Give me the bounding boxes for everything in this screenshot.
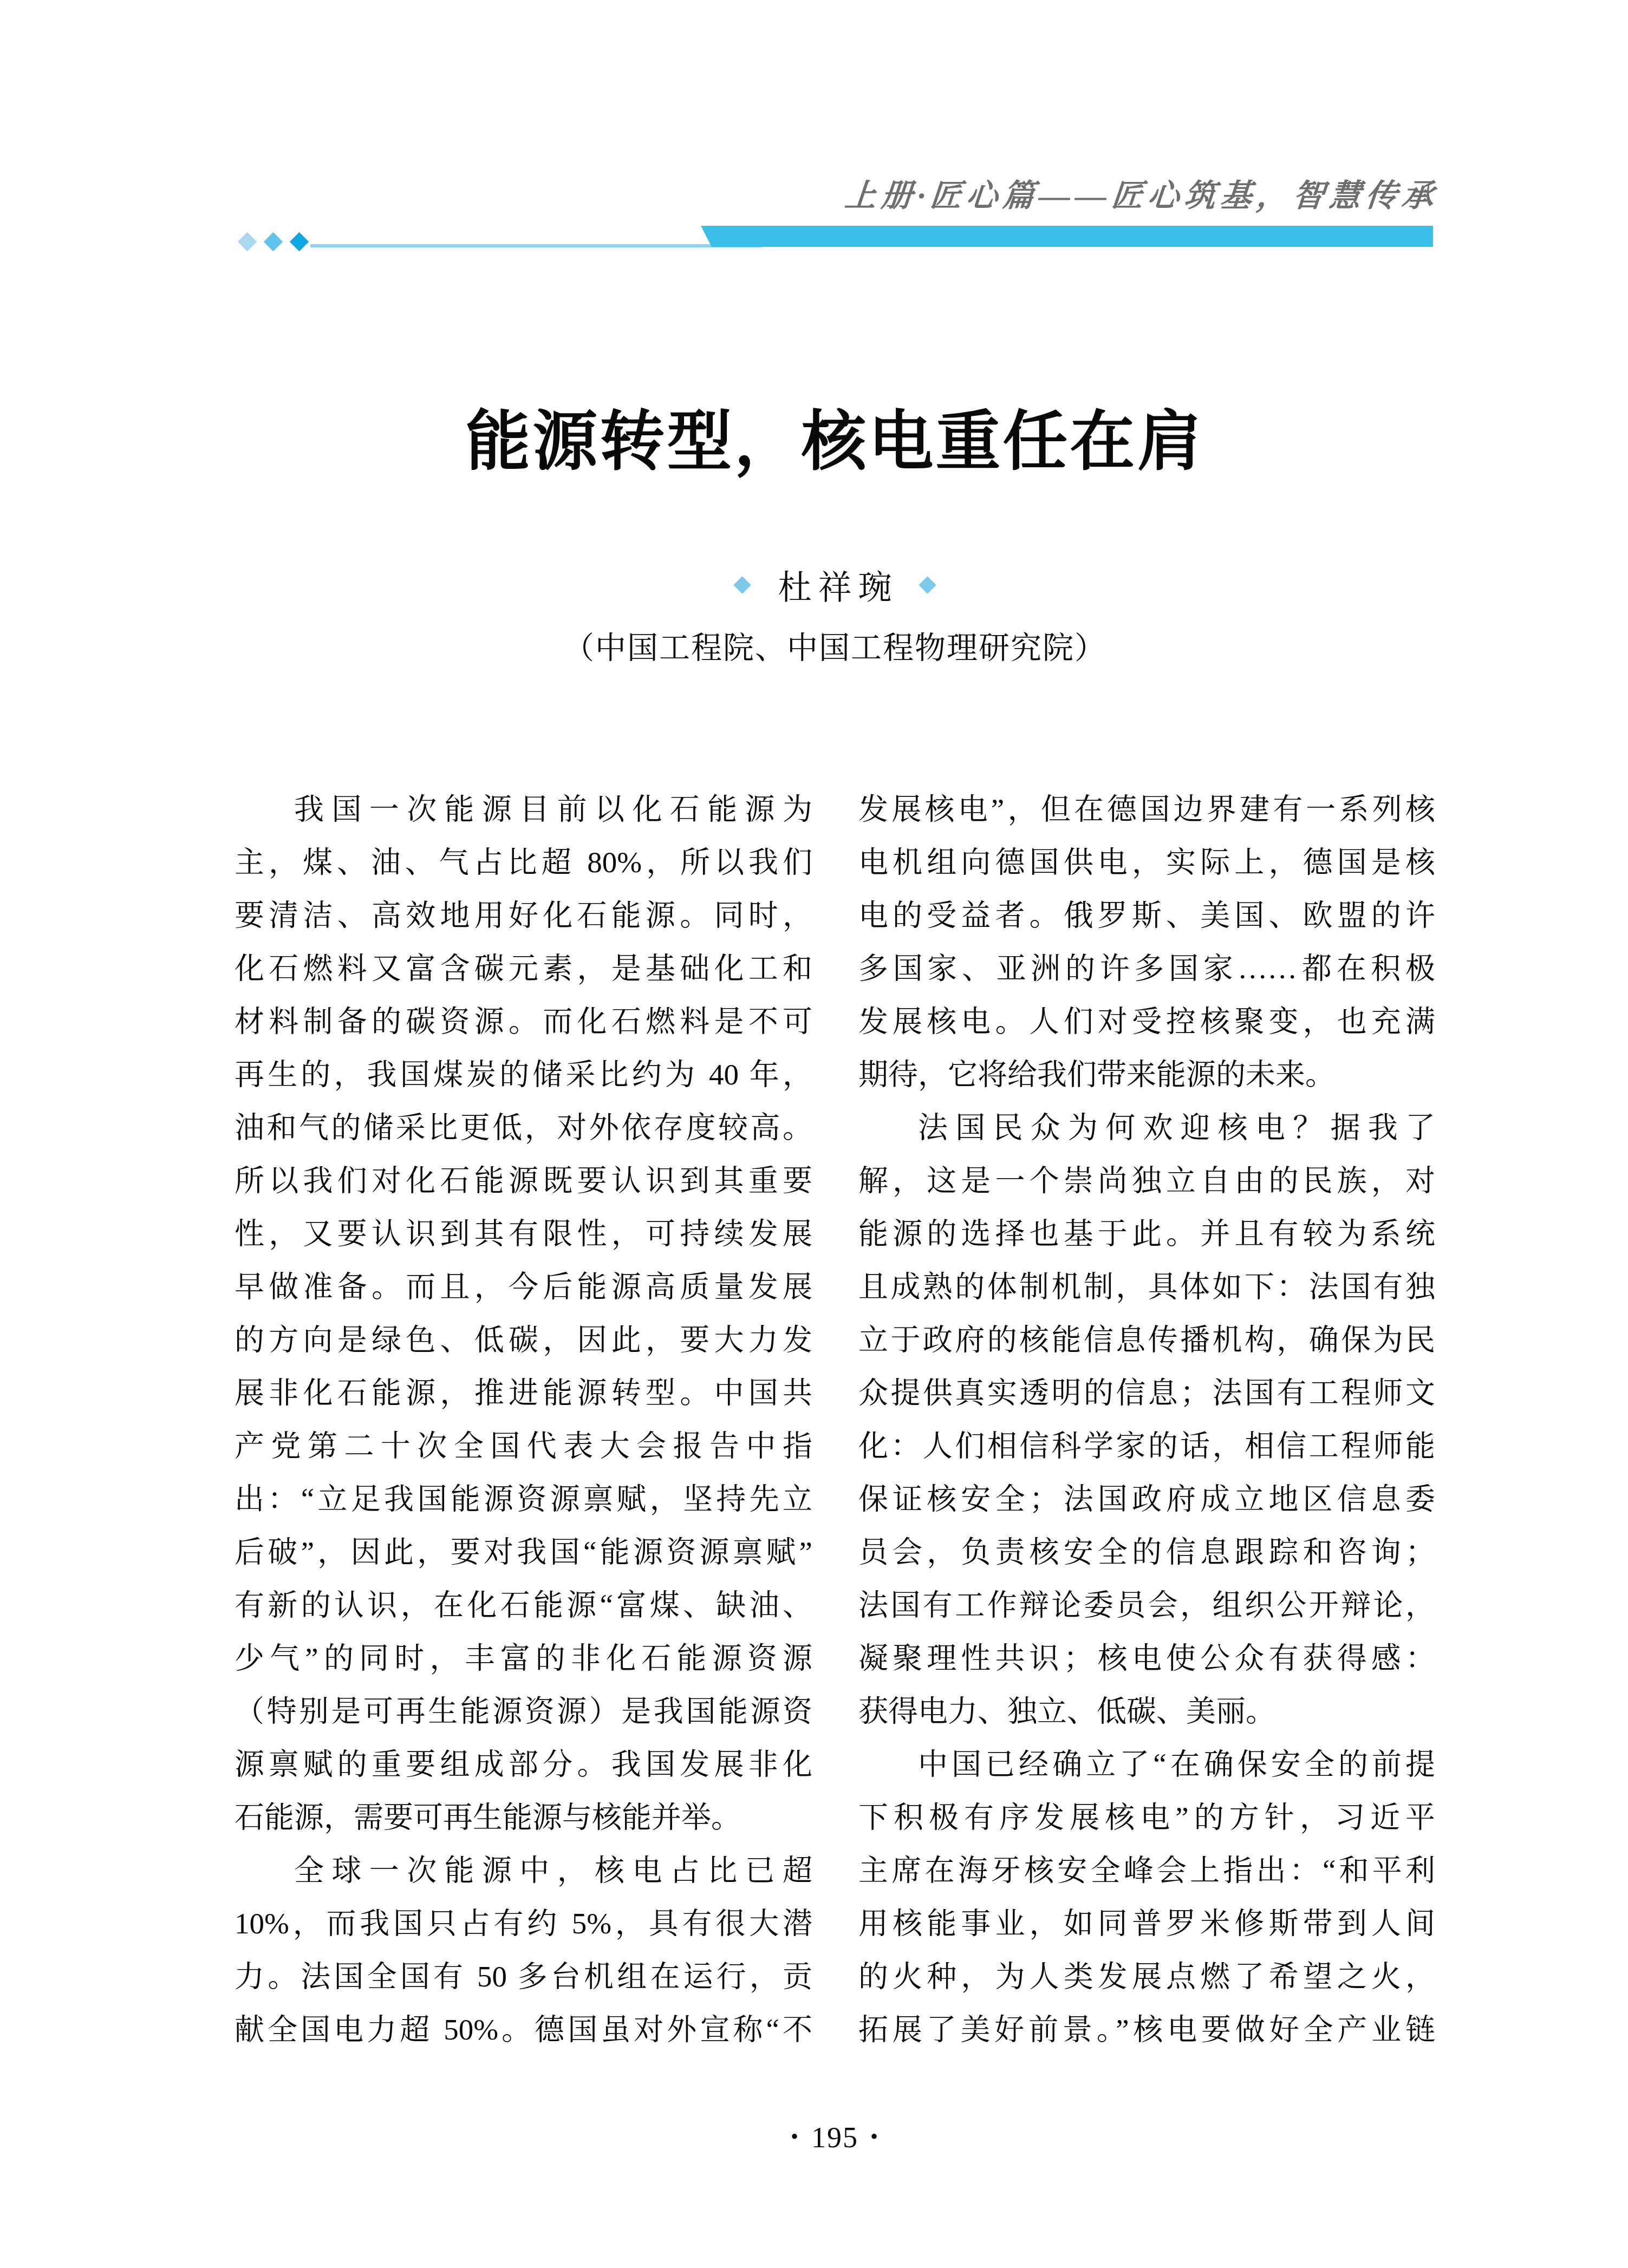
body-text-line: 材料制备的碳资源。而化石燃料是不可 bbox=[235, 995, 812, 1048]
diamond-icon bbox=[919, 576, 936, 594]
body-text-line: 早做准备。而且，今后能源高质量发展 bbox=[235, 1260, 812, 1313]
book-page: 上册·匠心篇——匠心筑基，智慧传承 能源转型，核电重任在肩 杜祥琬 （中国工程院… bbox=[0, 0, 1628, 2268]
body-text-line: 要清洁、高效地用好化石能源。同时， bbox=[235, 889, 812, 942]
body-text-line: 法国有工作辩论委员会，组织公开辩论， bbox=[858, 1579, 1435, 1632]
header-accent-bar bbox=[701, 226, 1433, 247]
body-text-line: 主，煤、油、气占比超 80%，所以我们 bbox=[235, 836, 812, 889]
body-text-line: 力。法国全国有 50 多台机组在运行，贡 bbox=[235, 1950, 812, 2003]
page-number-dot: • bbox=[870, 2125, 879, 2149]
body-text-line: 法国民众为何欢迎核电？据我了 bbox=[858, 1101, 1435, 1154]
body-text-line: 10%，而我国只占有约 5%，具有很大潜 bbox=[235, 1897, 812, 1950]
article-title: 能源转型，核电重任在肩 bbox=[235, 402, 1435, 483]
body-text-line: 发展核电。人们对受控核聚变，也充满 bbox=[858, 995, 1435, 1048]
body-text-line: 电的受益者。俄罗斯、美国、欧盟的许 bbox=[858, 889, 1435, 942]
author-row: 杜祥琬 bbox=[235, 563, 1435, 606]
diamond-icon bbox=[290, 232, 309, 251]
page-number: •195• bbox=[235, 2118, 1435, 2156]
author-affiliation: （中国工程院、中国工程物理研究院） bbox=[235, 627, 1435, 670]
body-text-line: 拓展了美好前景。”核电要做好全产业链 bbox=[858, 2003, 1435, 2056]
body-text-line: 且成熟的体制机制，具体如下：法国有独 bbox=[858, 1260, 1435, 1313]
body-text-line: 的方向是绿色、低碳，因此，要大力发 bbox=[235, 1313, 812, 1367]
body-text-line: 凝聚理性共识；核电使公众有获得感： bbox=[858, 1632, 1435, 1685]
body-text-line: 性，又要认识到其有限性，可持续发展 bbox=[235, 1207, 812, 1260]
body-text-line: 解，这是一个崇尚独立自由的民族，对 bbox=[858, 1154, 1435, 1207]
body-text-line: 我国一次能源目前以化石能源为 bbox=[235, 783, 812, 836]
body-text-line: （特别是可再生能源资源）是我国能源资 bbox=[235, 1685, 812, 1738]
body-text-line: 化：人们相信科学家的话，相信工程师能 bbox=[858, 1420, 1435, 1473]
body-text-line: 少气”的同时，丰富的非化石能源资源 bbox=[235, 1632, 812, 1685]
header-rule-line bbox=[310, 244, 761, 247]
page-number-value: 195 bbox=[811, 2121, 858, 2154]
body-text-line: 有新的认识，在化石能源“富煤、缺油、 bbox=[235, 1579, 812, 1632]
body-text-line: 展非化石能源，推进能源转型。中国共 bbox=[235, 1367, 812, 1420]
body-text-line: 多国家、亚洲的许多国家……都在积极 bbox=[858, 942, 1435, 995]
diamond-icon bbox=[238, 232, 257, 251]
body-text-line: 电机组向德国供电，实际上，德国是核 bbox=[858, 836, 1435, 889]
body-text-line: 主席在海牙核安全峰会上指出：“和平利 bbox=[858, 1844, 1435, 1897]
body-text-line: 众提供真实透明的信息；法国有工程师文 bbox=[858, 1367, 1435, 1420]
body-text-line: 发展核电”，但在德国边界建有一系列核 bbox=[858, 783, 1435, 836]
body-text-line: 石能源，需要可再生能源与核能并举。 bbox=[235, 1791, 812, 1844]
page-number-dot: • bbox=[791, 2125, 799, 2149]
body-text-line: 产党第二十次全国代表大会报告中指 bbox=[235, 1420, 812, 1473]
text-column-right: 发展核电”，但在德国边界建有一系列核电机组向德国供电，实际上，德国是核电的受益者… bbox=[858, 783, 1435, 2056]
body-text-line: 期待，它将给我们带来能源的未来。 bbox=[858, 1048, 1435, 1101]
body-text-line: 所以我们对化石能源既要认识到其重要 bbox=[235, 1154, 812, 1207]
body-text-line: 再生的，我国煤炭的储采比约为 40 年， bbox=[235, 1048, 812, 1101]
text-column-left: 我国一次能源目前以化石能源为主，煤、油、气占比超 80%，所以我们要清洁、高效地… bbox=[235, 783, 812, 2056]
body-text-line: 出：“立足我国能源资源禀赋，坚持先立 bbox=[235, 1473, 812, 1526]
body-text-line: 员会，负责核安全的信息跟踪和咨询； bbox=[858, 1526, 1435, 1579]
body-text-line: 用核能事业，如同普罗米修斯带到人间 bbox=[858, 1897, 1435, 1950]
body-text-line: 中国已经确立了“在确保安全的前提 bbox=[858, 1738, 1435, 1791]
body-text-line: 的火种，为人类发展点燃了希望之火， bbox=[858, 1950, 1435, 2003]
body-text-line: 立于政府的核能信息传播机构，确保为民 bbox=[858, 1313, 1435, 1367]
running-head: 上册·匠心篇——匠心筑基，智慧传承 bbox=[843, 171, 1441, 221]
body-text-line: 能源的选择也基于此。并且有较为系统 bbox=[858, 1207, 1435, 1260]
body-text-line: 获得电力、独立、低碳、美丽。 bbox=[858, 1685, 1435, 1738]
body-text-line: 全球一次能源中，核电占比已超 bbox=[235, 1844, 812, 1897]
diamond-icon bbox=[734, 576, 752, 594]
body-text-line: 化石燃料又富含碳元素，是基础化工和 bbox=[235, 942, 812, 995]
body-text-line: 后破”，因此，要对我国“能源资源禀赋” bbox=[235, 1526, 812, 1579]
body-text-line: 献全国电力超 50%。德国虽对外宣称“不 bbox=[235, 2003, 812, 2056]
diamond-icon bbox=[264, 232, 283, 251]
author-name: 杜祥琬 bbox=[778, 561, 898, 609]
body-text-line: 下积极有序发展核电”的方针，习近平 bbox=[858, 1791, 1435, 1844]
body-text-line: 源禀赋的重要组成部分。我国发展非化 bbox=[235, 1738, 812, 1791]
body-text-line: 保证核安全；法国政府成立地区信息委 bbox=[858, 1473, 1435, 1526]
body-text-line: 油和气的储采比更低，对外依存度较高。 bbox=[235, 1101, 812, 1154]
